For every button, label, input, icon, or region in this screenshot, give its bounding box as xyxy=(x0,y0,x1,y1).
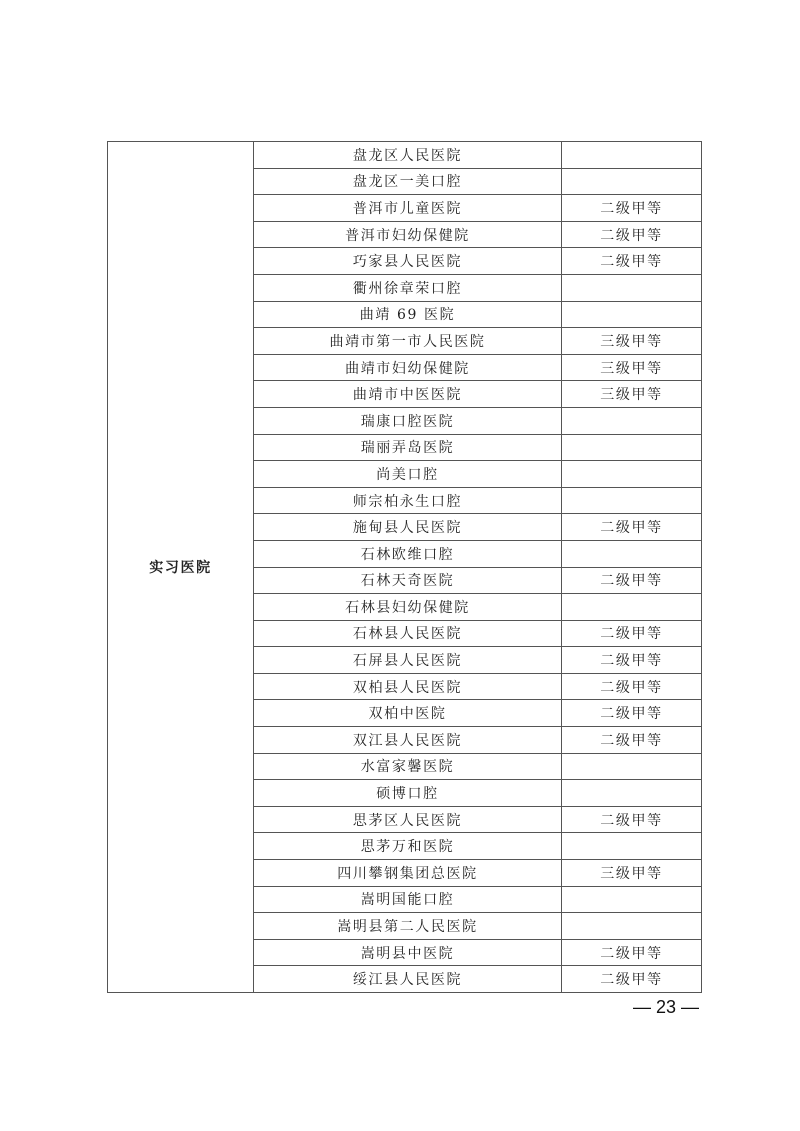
hospital-level-cell: 三级甲等 xyxy=(562,328,702,355)
hospital-level-cell: 二级甲等 xyxy=(562,939,702,966)
hospital-level-cell xyxy=(562,780,702,807)
page-number: — 23 — xyxy=(630,997,702,1018)
hospital-name-cell: 盘龙区一美口腔 xyxy=(254,168,562,195)
document-page: 实习医院盘龙区人民医院盘龙区一美口腔普洱市儿童医院二级甲等普洱市妇幼保健院二级甲… xyxy=(0,0,800,1131)
hospital-level-cell xyxy=(562,301,702,328)
hospital-name-cell: 水富家馨医院 xyxy=(254,753,562,780)
hospital-name-cell: 曲靖市妇幼保健院 xyxy=(254,354,562,381)
hospital-name-cell: 衢州徐章荣口腔 xyxy=(254,274,562,301)
hospital-name-cell: 曲靖市中医医院 xyxy=(254,381,562,408)
hospital-level-cell xyxy=(562,487,702,514)
hospital-level-cell xyxy=(562,434,702,461)
hospital-level-cell: 二级甲等 xyxy=(562,567,702,594)
hospital-level-cell: 二级甲等 xyxy=(562,221,702,248)
hospital-name-cell: 瑞丽弄岛医院 xyxy=(254,434,562,461)
hospital-name-cell: 巧家县人民医院 xyxy=(254,248,562,275)
hospital-level-cell xyxy=(562,461,702,488)
hospital-level-cell xyxy=(562,274,702,301)
hospital-name-cell: 曲靖 69 医院 xyxy=(254,301,562,328)
hospital-level-cell: 二级甲等 xyxy=(562,700,702,727)
hospital-name-cell: 尚美口腔 xyxy=(254,461,562,488)
category-cell: 实习医院 xyxy=(108,142,254,993)
hospital-name-cell: 普洱市妇幼保健院 xyxy=(254,221,562,248)
hospital-level-cell: 二级甲等 xyxy=(562,195,702,222)
hospital-name-cell: 盘龙区人民医院 xyxy=(254,142,562,169)
hospital-level-cell: 三级甲等 xyxy=(562,381,702,408)
hospital-name-cell: 嵩明县第二人民医院 xyxy=(254,913,562,940)
hospital-level-cell xyxy=(562,594,702,621)
hospital-table: 实习医院盘龙区人民医院盘龙区一美口腔普洱市儿童医院二级甲等普洱市妇幼保健院二级甲… xyxy=(107,141,702,993)
hospital-name-cell: 石林县人民医院 xyxy=(254,620,562,647)
hospital-name-cell: 石林天奇医院 xyxy=(254,567,562,594)
hospital-name-cell: 嵩明县中医院 xyxy=(254,939,562,966)
hospital-level-cell: 二级甲等 xyxy=(562,673,702,700)
hospital-name-cell: 普洱市儿童医院 xyxy=(254,195,562,222)
hospital-level-cell xyxy=(562,753,702,780)
hospital-level-cell xyxy=(562,886,702,913)
hospital-level-cell: 二级甲等 xyxy=(562,806,702,833)
hospital-level-cell xyxy=(562,913,702,940)
table-row: 实习医院盘龙区人民医院 xyxy=(108,142,702,169)
hospital-name-cell: 双柏县人民医院 xyxy=(254,673,562,700)
hospital-name-cell: 思茅万和医院 xyxy=(254,833,562,860)
hospital-name-cell: 曲靖市第一市人民医院 xyxy=(254,328,562,355)
hospital-level-cell xyxy=(562,407,702,434)
hospital-level-cell: 二级甲等 xyxy=(562,966,702,993)
hospital-name-cell: 硕博口腔 xyxy=(254,780,562,807)
hospital-name-cell: 双江县人民医院 xyxy=(254,727,562,754)
hospital-name-cell: 四川攀钢集团总医院 xyxy=(254,860,562,887)
hospital-name-cell: 石林县妇幼保健院 xyxy=(254,594,562,621)
hospital-level-cell: 二级甲等 xyxy=(562,248,702,275)
hospital-name-cell: 双柏中医院 xyxy=(254,700,562,727)
hospital-level-cell: 二级甲等 xyxy=(562,620,702,647)
hospital-level-cell xyxy=(562,168,702,195)
hospital-name-cell: 瑞康口腔医院 xyxy=(254,407,562,434)
hospital-name-cell: 施甸县人民医院 xyxy=(254,514,562,541)
hospital-name-cell: 绥江县人民医院 xyxy=(254,966,562,993)
hospital-name-cell: 石林欧维口腔 xyxy=(254,540,562,567)
hospital-level-cell: 二级甲等 xyxy=(562,647,702,674)
hospital-name-cell: 思茅区人民医院 xyxy=(254,806,562,833)
hospital-level-cell: 三级甲等 xyxy=(562,860,702,887)
hospital-level-cell xyxy=(562,142,702,169)
hospital-level-cell: 二级甲等 xyxy=(562,514,702,541)
hospital-name-cell: 石屏县人民医院 xyxy=(254,647,562,674)
hospital-level-cell xyxy=(562,833,702,860)
hospital-level-cell: 三级甲等 xyxy=(562,354,702,381)
hospital-name-cell: 嵩明国能口腔 xyxy=(254,886,562,913)
hospital-level-cell xyxy=(562,540,702,567)
hospital-name-cell: 师宗柏永生口腔 xyxy=(254,487,562,514)
hospital-level-cell: 二级甲等 xyxy=(562,727,702,754)
